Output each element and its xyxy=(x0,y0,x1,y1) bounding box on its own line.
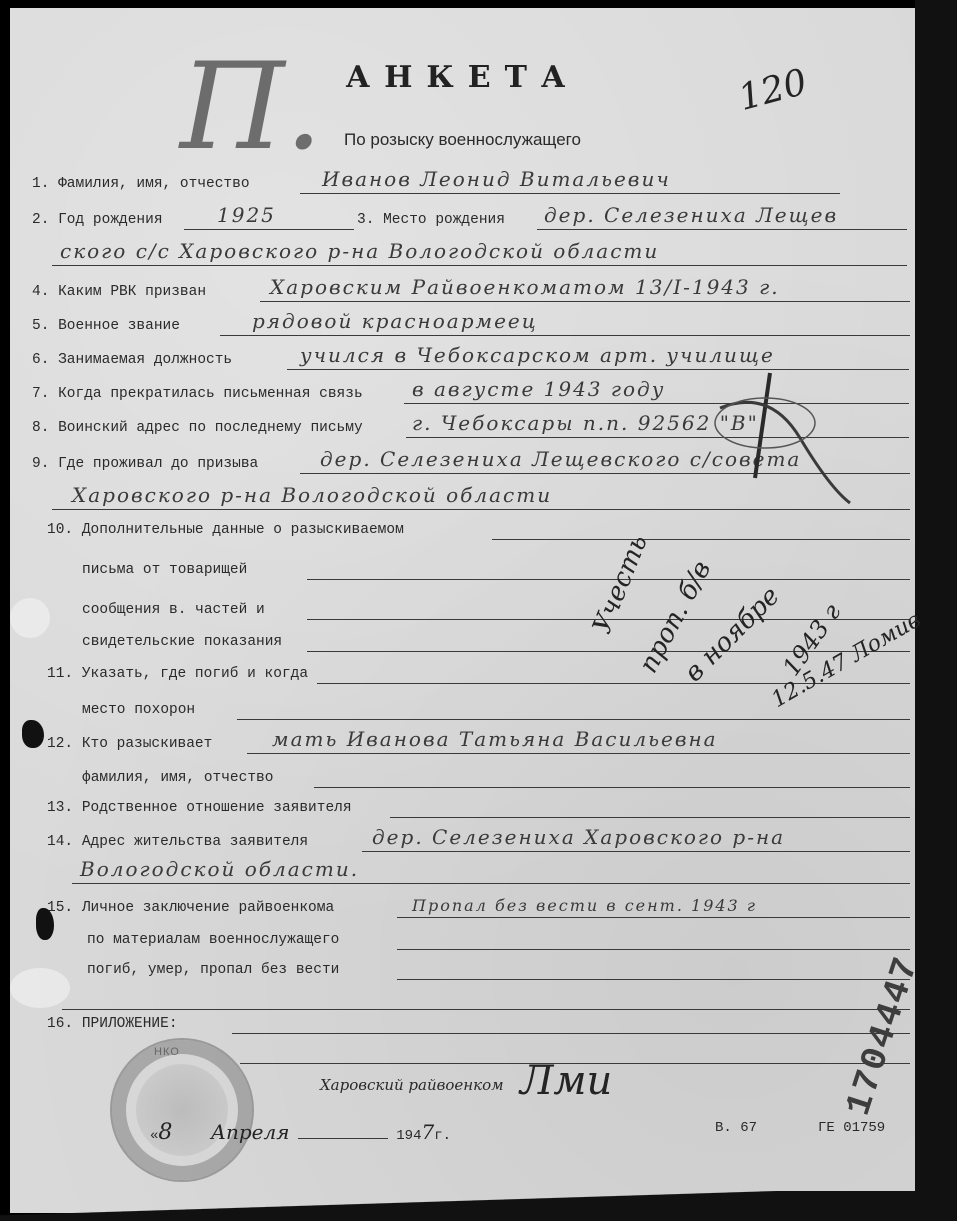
document-subtitle: По розыску военнослужащего xyxy=(10,130,915,150)
field-4-draft-office: 4. Каким РВК призван Харовским Райвоенко… xyxy=(32,276,912,302)
field-7-label: 7. Когда прекратилась письменная связь xyxy=(32,386,363,402)
field-5-value: рядовой красноармеец xyxy=(252,309,538,333)
field-5-rank: 5. Военное звание рядовой красноармеец xyxy=(32,310,912,336)
field-4-label: 4. Каким РВК призван xyxy=(32,284,206,300)
field-6-position: 6. Занимаемая должность учился в Чебокса… xyxy=(32,344,912,370)
scan-background-right xyxy=(915,0,957,1221)
field-3-continuation: ского с/с Харовского р-на Вологодской об… xyxy=(32,240,912,266)
field-14-value-cont: Вологодской области. xyxy=(80,857,359,881)
field-7-value: в августе 1943 году xyxy=(412,377,665,401)
field-12-requester: 12. Кто разыскивает мать Иванова Татьяна… xyxy=(32,728,912,754)
field-2-value: 1925 xyxy=(217,203,276,227)
seal-text: НКО xyxy=(154,1046,180,1058)
field-15-value: Пропал без вести в сент. 1943 г xyxy=(412,896,757,915)
field-14-label: 14. Адрес жительства заявителя xyxy=(47,834,308,850)
field-12-subline-1: фамилия, имя, отчество xyxy=(32,762,912,788)
signer-title: Харовский райвоенком xyxy=(320,1076,504,1094)
field-13-label: 13. Родственное отношение заявителя xyxy=(47,800,352,816)
form-code-b: В. 67 xyxy=(715,1120,757,1136)
field-8-value: г. Чебоксары п.п. 92562 "В" xyxy=(412,411,759,435)
field-16-attachment: 16. ПРИЛОЖЕНИЕ: xyxy=(32,1008,912,1034)
field-2-3-birth: 2. Год рождения 1925 3. Место рождения д… xyxy=(32,204,912,230)
field-15-label: 15. Личное заключение райвоенкома xyxy=(47,900,334,916)
field-16-label: 16. ПРИЛОЖЕНИЕ: xyxy=(47,1016,178,1032)
pencil-letter-mark: П. xyxy=(180,38,323,177)
field-3-value-cont: ского с/с Харовского р-на Вологодской об… xyxy=(60,239,659,263)
field-1-full-name: 1. Фамилия, имя, отчество Иванов Леонид … xyxy=(32,168,912,194)
field-12-label: 12. Кто разыскивает xyxy=(47,736,212,752)
field-14-continuation: Вологодской области. xyxy=(32,858,912,884)
field-10-subline-3: свидетельские показания xyxy=(32,626,912,652)
official-seal: НКО xyxy=(110,1038,254,1182)
field-14-value: дер. Селезениха Харовского р-на xyxy=(372,825,785,849)
field-4-value: Харовским Райвоенкоматом 13/I-1943 г. xyxy=(270,275,780,299)
field-1-label: 1. Фамилия, имя, отчество xyxy=(32,176,250,192)
field-1-value: Иванов Леонид Витальевич xyxy=(322,167,671,191)
questionnaire-page: П. АНКЕТА По розыску военнослужащего 120… xyxy=(10,8,915,1213)
field-2-label: 2. Год рождения xyxy=(32,212,163,228)
signature: Лми xyxy=(520,1058,612,1104)
field-15-subline-1: по материалам военнослужащего xyxy=(32,924,912,950)
field-15-blank-line xyxy=(32,984,912,1010)
scan-background-bottom xyxy=(0,1191,957,1221)
field-3-value: дер. Селезениха Лещев xyxy=(544,203,838,227)
field-11-label: 11. Указать, где погиб и когда xyxy=(47,666,308,682)
paper-tear xyxy=(10,598,50,638)
field-15-subline-2: погиб, умер, пропал без вести xyxy=(32,954,912,980)
field-14-requester-address: 14. Адрес жительства заявителя дер. Селе… xyxy=(32,826,912,852)
field-9-value-cont: Харовского р-на Вологодской области xyxy=(72,483,552,507)
form-code-ge: ГЕ 01759 xyxy=(818,1120,885,1136)
pencil-cross-mark xyxy=(710,368,870,508)
paper-tear xyxy=(10,968,70,1008)
paper-hole xyxy=(22,720,44,748)
field-3-label: 3. Место рождения xyxy=(357,212,505,228)
field-6-label: 6. Занимаемая должность xyxy=(32,352,232,368)
field-5-label: 5. Военное звание xyxy=(32,318,180,334)
field-13-relationship: 13. Родственное отношение заявителя xyxy=(32,792,912,818)
date-line: «8 Апреля 1947г. xyxy=(150,1120,451,1145)
field-10-additional-data: 10. Дополнительные данные о разыскиваемо… xyxy=(32,514,912,540)
field-12-value: мать Иванова Татьяна Васильевна xyxy=(272,727,718,751)
field-15-conclusion: 15. Личное заключение райвоенкома Пропал… xyxy=(32,892,912,918)
field-9-label: 9. Где проживал до призыва xyxy=(32,456,258,472)
field-6-value: учился в Чебоксарском арт. училище xyxy=(300,343,775,367)
field-10-subline-1: письма от товарищей xyxy=(32,554,912,580)
field-10-label: 10. Дополнительные данные о разыскиваемо… xyxy=(47,522,404,538)
field-8-label: 8. Воинский адрес по последнему письму xyxy=(32,420,363,436)
paper-hole xyxy=(36,908,54,940)
